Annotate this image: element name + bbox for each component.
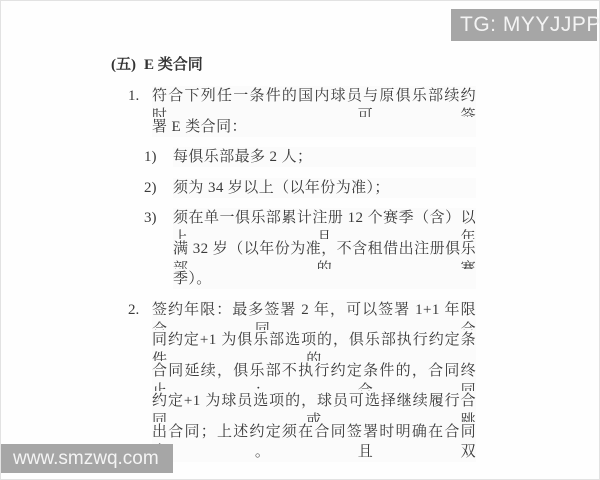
watermark-website-badge: www.smzwq.com bbox=[1, 444, 173, 473]
item1-sub2-text: 须为 34 岁以上（以年份为准）； bbox=[173, 178, 476, 198]
item1-sub3-number: 3) bbox=[144, 208, 157, 228]
item1-sub3-line3: 季）。 bbox=[173, 269, 476, 289]
section-title: E 类合同 bbox=[144, 56, 203, 74]
item1-sub1-number: 1) bbox=[144, 147, 157, 167]
item1-number: 1. bbox=[128, 86, 139, 106]
item2-line5: 出合同；上述约定须在合同签署时明确在合同中。且双 bbox=[152, 422, 476, 462]
item1-line2: 署 E 类合同： bbox=[152, 117, 476, 137]
section-heading: (五) E 类合同 bbox=[111, 56, 203, 74]
section-number: (五) bbox=[111, 56, 136, 74]
watermark-telegram-badge: TG: MYYJJPP bbox=[451, 9, 597, 41]
item2-number: 2. bbox=[128, 300, 139, 320]
item1-sub1-text: 每俱乐部最多 2 人； bbox=[173, 147, 476, 167]
item1-sub2-number: 2) bbox=[144, 178, 157, 198]
document-page: TG: MYYJJPP (五) E 类合同 1. 符合下列任一条件的国内球员与原… bbox=[0, 0, 600, 480]
